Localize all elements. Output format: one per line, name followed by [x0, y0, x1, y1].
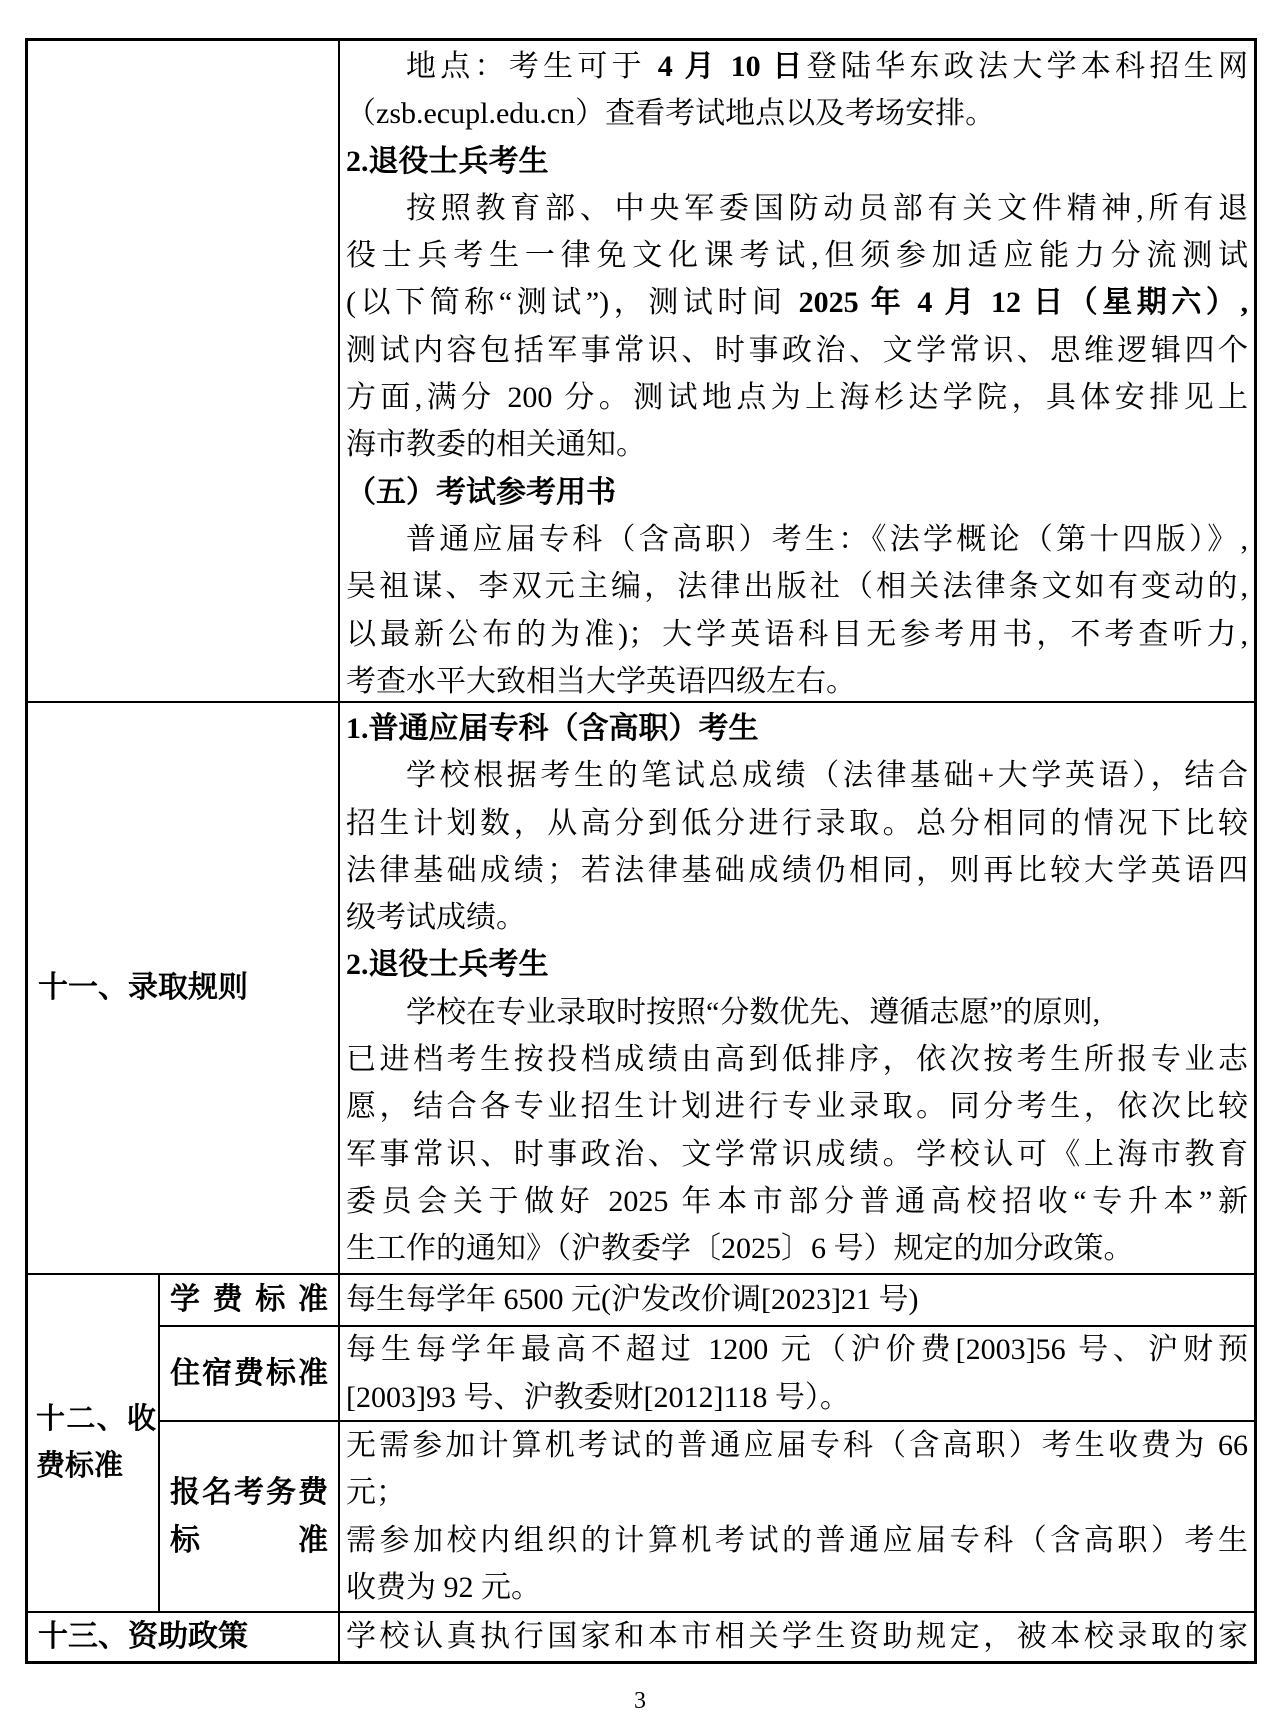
tuition-fee-content: 每生每学年 6500 元(沪发改价调[2023]21 号): [340, 1275, 1254, 1327]
text-line: 役士兵考生一律免文化课考试,但须参加适应能力分流测试: [346, 232, 1248, 279]
text-line: 方面,满分 200 分。测试地点为上海杉达学院，具体安排见上: [346, 374, 1248, 421]
fees-header-label: 十二、收费标准: [36, 1396, 156, 1491]
text-line: 按照教育部、中央军委国防动员部有关文件精神,所有退: [346, 185, 1248, 232]
text-line: 招生计划数，从高分到低分进行录取。总分相同的情况下比较: [346, 800, 1248, 847]
text-line: 元；: [346, 1469, 1248, 1516]
text-line: 测试内容包括军事常识、时事政治、文学常识、思维逻辑四个: [346, 327, 1248, 374]
accommodation-fee-label: 住宿费标准: [170, 1350, 328, 1397]
text-line: 法律基础成绩；若法律基础成绩仍相同，则再比较大学英语四: [346, 847, 1248, 894]
text-line: 委员会关于做好 2025 年本市部分普通高校招收“专升本”新: [346, 1178, 1248, 1225]
text-line: 已进档考生按投档成绩由高到低排序，依次按考生所报专业志: [346, 1036, 1248, 1083]
exam-section-content: 地点：考生可于 4 月 10 日登陆华东政法大学本科招生网（zsb.ecupl.…: [340, 41, 1254, 703]
fees-header-cell: 十二、收费标准: [28, 1275, 160, 1613]
text-line: 每生每学年 6500 元(沪发改价调[2023]21 号): [346, 1276, 1248, 1323]
text-line: 收费为 92 元。: [346, 1564, 1248, 1611]
admission-rules-header-label: 十一、录取规则: [38, 964, 248, 1011]
registration-exam-fee-label: 报名考务费标准: [170, 1469, 328, 1564]
text-line: [2003]93 号、沪教委财[2012]118 号）。: [346, 1374, 1248, 1421]
text-line: (以下简称“测试”)，测试时间 2025 年 4 月 12 日（星期六）,: [346, 279, 1248, 326]
registration-exam-fee-label-cell: 报名考务费标准: [160, 1422, 340, 1613]
text-line: （五）考试参考用书: [346, 469, 1248, 516]
document-page: 地点：考生可于 4 月 10 日登陆华东政法大学本科招生网（zsb.ecupl.…: [0, 0, 1280, 1731]
admission-rules-content: 1.普通应届专科（含高职）考生学校根据考生的笔试总成绩（法律基础+大学英语），结…: [340, 703, 1254, 1275]
financial-aid-content: 学校认真执行国家和本市相关学生资助规定，被本校录取的家: [340, 1613, 1254, 1661]
text-line: 学校在专业录取时按照“分数优先、遵循志愿”的原则,: [346, 989, 1248, 1036]
text-line: 海市教委的相关通知。: [346, 421, 1248, 468]
text-line: 需参加校内组织的计算机考试的普通应届专科（含高职）考生: [346, 1517, 1248, 1564]
text-line: 学校根据考生的笔试总成绩（法律基础+大学英语），结合: [346, 752, 1248, 799]
registration-exam-fee-content: 无需参加计算机考试的普通应届专科（含高职）考生收费为 66元；需参加校内组织的计…: [340, 1422, 1254, 1613]
text-line: 每生每学年最高不超过 1200 元（沪价费[2003]56 号、沪财预: [346, 1327, 1248, 1374]
text-line: 学校认真执行国家和本市相关学生资助规定，被本校录取的家: [346, 1613, 1248, 1660]
tuition-fee-label: 学费标准: [170, 1276, 328, 1323]
accommodation-fee-content: 每生每学年最高不超过 1200 元（沪价费[2003]56 号、沪财预[2003…: [340, 1327, 1254, 1422]
exam-section-header-cell: [28, 41, 340, 703]
text-line: 以最新公布的为准)；大学英语科目无参考用书，不考查听力,: [346, 611, 1248, 658]
admission-rules-header-cell: 十一、录取规则: [28, 703, 340, 1275]
text-line: 地点：考生可于 4 月 10 日登陆华东政法大学本科招生网: [346, 43, 1248, 90]
text-line: 愿，结合各专业招生计划进行专业录取。同分考生，依次比较: [346, 1083, 1248, 1130]
financial-aid-header-label: 十三、资助政策: [38, 1613, 248, 1660]
text-line: 考查水平大致相当大学英语四级左右。: [346, 658, 1248, 703]
page-number: 3: [0, 1688, 1280, 1715]
text-line: 2.退役士兵考生: [346, 941, 1248, 988]
tuition-fee-label-cell: 学费标准: [160, 1275, 340, 1327]
accommodation-fee-label-cell: 住宿费标准: [160, 1327, 340, 1422]
text-line: 普通应届专科（含高职）考生：《法学概论（第十四版）》,: [346, 516, 1248, 563]
text-line: 生工作的通知》（沪教委学〔2025〕6 号）规定的加分政策。: [346, 1225, 1248, 1272]
text-line: （zsb.ecupl.edu.cn）查看考试地点以及考场安排。: [346, 90, 1248, 137]
financial-aid-header-cell: 十三、资助政策: [28, 1613, 340, 1661]
text-line: 级考试成绩。: [346, 894, 1248, 941]
text-line: 2.退役士兵考生: [346, 138, 1248, 185]
text-line: 1.普通应届专科（含高职）考生: [346, 705, 1248, 752]
text-line: 军事常识、时事政治、文学常识成绩。学校认可《上海市教育: [346, 1131, 1248, 1178]
admissions-info-table: 地点：考生可于 4 月 10 日登陆华东政法大学本科招生网（zsb.ecupl.…: [25, 38, 1257, 1664]
text-line: 无需参加计算机考试的普通应届专科（含高职）考生收费为 66: [346, 1422, 1248, 1469]
text-line: 吴祖谋、李双元主编，法律出版社（相关法律条文如有变动的,: [346, 563, 1248, 610]
